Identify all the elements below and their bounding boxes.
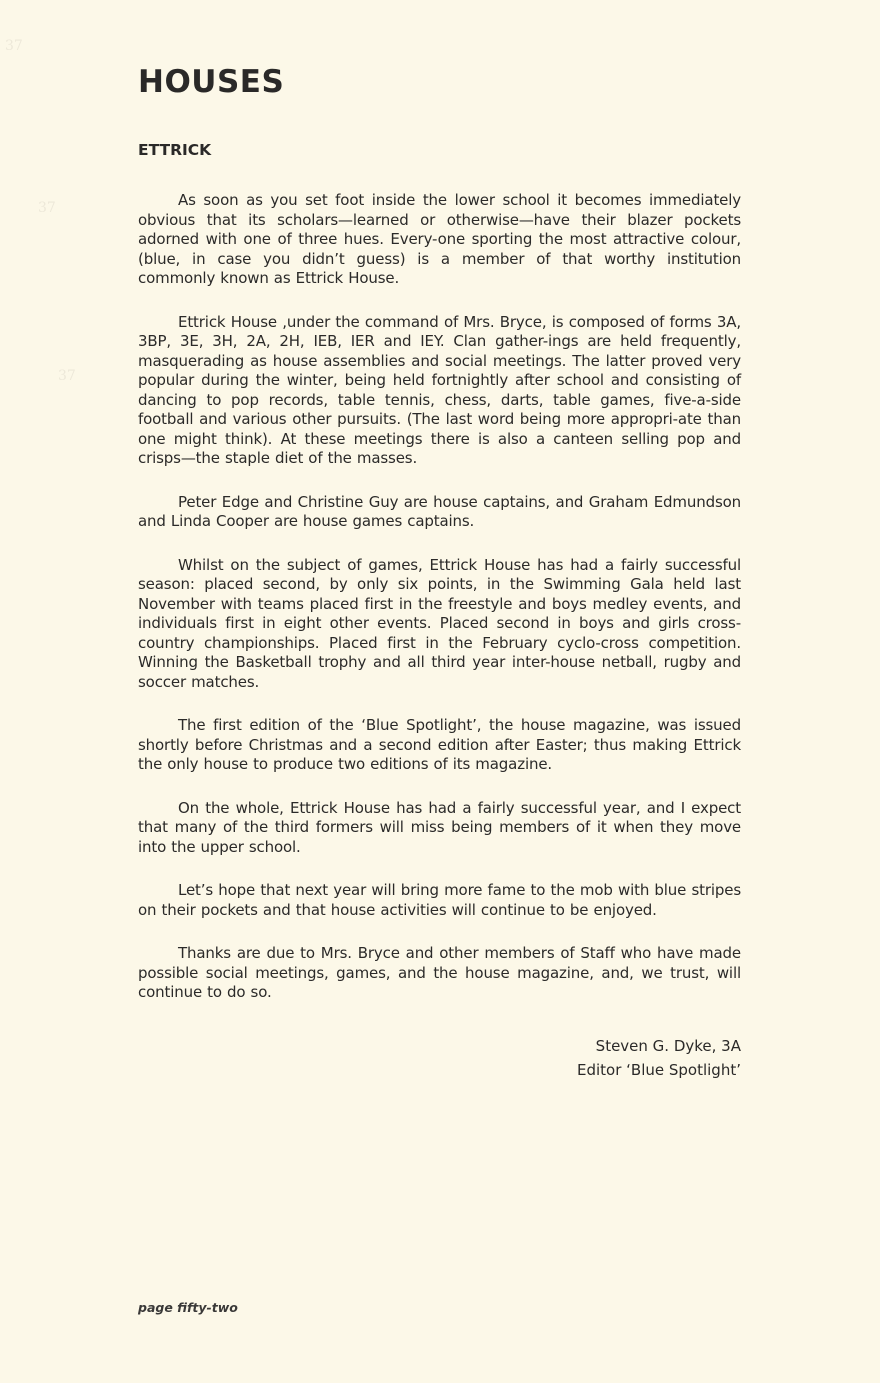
paragraph: On the whole, Ettrick House has had a fa… [138, 799, 741, 858]
show-through-mark: 37 [5, 38, 23, 54]
show-through-mark: 37 [58, 368, 76, 384]
page-title: HOUSES [138, 62, 741, 102]
page-number-footer: page fifty-two [138, 1300, 238, 1315]
show-through-mark: 37 [38, 200, 56, 216]
signature-name: Steven G. Dyke, 3A [138, 1034, 741, 1058]
paragraph: The first edition of the ‘Blue Spotlight… [138, 716, 741, 775]
paragraph: Thanks are due to Mrs. Bryce and other m… [138, 944, 741, 1003]
signature-role: Editor ‘Blue Spotlight’ [138, 1058, 741, 1082]
section-heading: ETTRICK [138, 140, 741, 160]
signature-block: Steven G. Dyke, 3A Editor ‘Blue Spotligh… [138, 1034, 741, 1082]
paragraph: Ettrick House ,under the command of Mrs.… [138, 313, 741, 469]
paragraph: Let’s hope that next year will bring mor… [138, 881, 741, 920]
paragraph: Peter Edge and Christine Guy are house c… [138, 493, 741, 532]
paragraph: As soon as you set foot inside the lower… [138, 191, 741, 289]
paragraph: Whilst on the subject of games, Ettrick … [138, 556, 741, 693]
document-page: HOUSES ETTRICK As soon as you set foot i… [138, 62, 741, 1082]
